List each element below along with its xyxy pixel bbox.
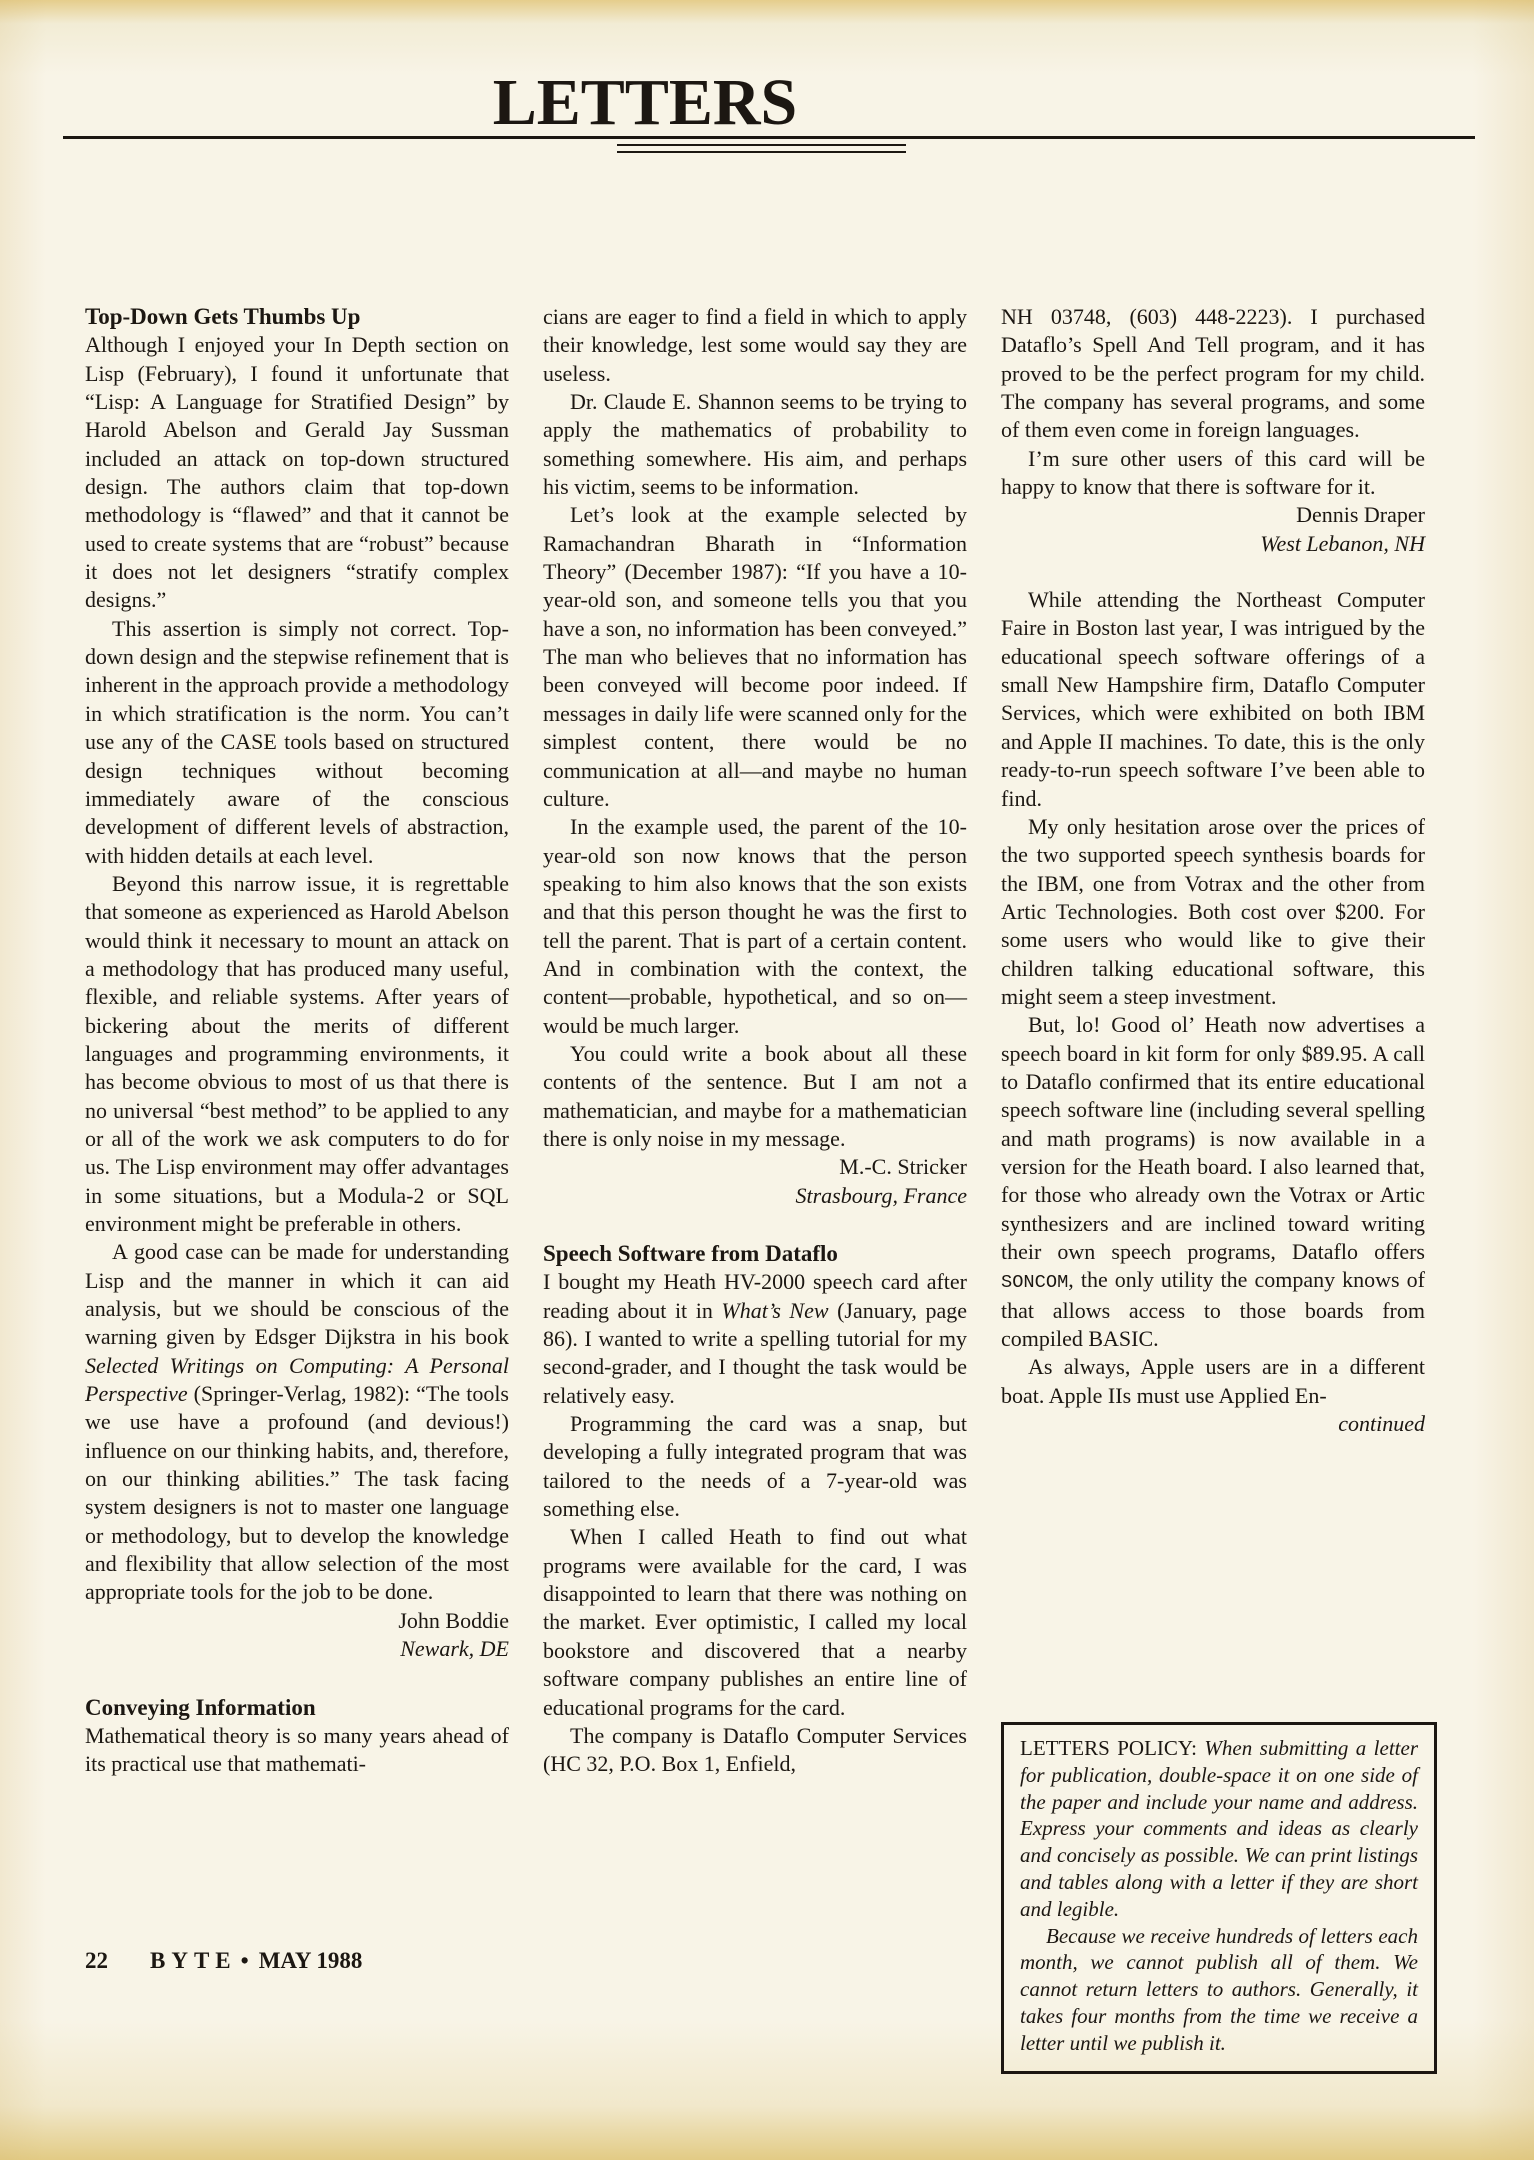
masthead-rule — [63, 136, 1475, 139]
signature-place: Strasbourg, France — [543, 1182, 967, 1210]
signature-name: John Boddie — [85, 1607, 509, 1635]
paragraph: I bought my Heath HV-2000 speech card af… — [543, 1268, 967, 1410]
paragraph: My only hesitation arose over the prices… — [1001, 813, 1425, 1011]
letter-heading: Top-Down Gets Thumbs Up — [85, 303, 509, 331]
paragraph: Let’s look at the example selected by Ra… — [543, 501, 967, 813]
paragraph: Programming the card was a snap, but dev… — [543, 1410, 967, 1523]
continued-marker: continued — [1001, 1410, 1425, 1438]
issue-date: MAY 1988 — [259, 1948, 363, 1973]
signature-place: Newark, DE — [85, 1635, 509, 1663]
paragraph: The company is Dataflo Computer Services… — [543, 1722, 967, 1779]
letters-policy-box: LETTERS POLICY: When submitting a letter… — [1001, 1722, 1437, 2074]
paragraph: In the example used, the parent of the 1… — [543, 813, 967, 1040]
paragraph: But, lo! Good ol’ Heath now advertises a… — [1001, 1011, 1425, 1353]
paragraph: You could write a book about all these c… — [543, 1040, 967, 1153]
masthead-double-rule — [617, 144, 906, 153]
paragraph-text: A good case can be made for understandin… — [85, 1239, 509, 1349]
paragraph: A good case can be made for understandin… — [85, 1238, 509, 1606]
paragraph-text: (Springer-Verlag, 1982): “The tools we u… — [85, 1381, 509, 1604]
magazine-name: BYTE — [150, 1948, 237, 1973]
magazine-page: LETTERS Top-Down Gets Thumbs Up Although… — [0, 0, 1534, 2160]
paragraph: Although I enjoyed your In Depth section… — [85, 331, 509, 614]
paragraph: As always, Apple users are in a differen… — [1001, 1353, 1425, 1410]
letter-heading: Conveying Information — [85, 1694, 509, 1722]
paragraph: cians are eager to find a field in which… — [543, 303, 967, 388]
signature-name: M.-C. Stricker — [543, 1153, 967, 1181]
paragraph: NH 03748, (603) 448-2223). I purchased D… — [1001, 303, 1425, 445]
signature: M.-C. Stricker Strasbourg, France — [543, 1153, 967, 1210]
signature: Dennis Draper West Lebanon, NH — [1001, 501, 1425, 558]
column-reference: What’s New — [721, 1298, 828, 1323]
paragraph-text: But, lo! Good ol’ Heath now advertises a… — [1001, 1012, 1425, 1264]
page-title: LETTERS — [493, 70, 797, 136]
product-name-code: SONCOM — [1001, 1271, 1068, 1293]
bullet-separator: • — [241, 1948, 249, 1973]
page-footer: 22BYTE•MAY 1988 — [85, 1948, 362, 1974]
policy-paragraph: LETTERS POLICY: When submitting a letter… — [1020, 1735, 1418, 1923]
paragraph: This assertion is simply not correct. To… — [85, 615, 509, 870]
policy-label: LETTERS POLICY: — [1020, 1736, 1197, 1760]
signature-name: Dennis Draper — [1001, 501, 1425, 529]
paragraph: I’m sure other users of this card will b… — [1001, 445, 1425, 502]
paragraph: When I called Heath to find out what pro… — [543, 1523, 967, 1721]
signature: John Boddie Newark, DE — [85, 1607, 509, 1664]
page-number: 22 — [85, 1948, 108, 1973]
paragraph: Beyond this narrow issue, it is regretta… — [85, 870, 509, 1238]
column-2: cians are eager to find a field in which… — [543, 303, 967, 1779]
column-3: NH 03748, (603) 448-2223). I purchased D… — [1001, 303, 1425, 1438]
policy-text: When submitting a letter for publication… — [1020, 1736, 1418, 1921]
column-1: Top-Down Gets Thumbs Up Although I enjoy… — [85, 303, 509, 1779]
signature-place: West Lebanon, NH — [1001, 530, 1425, 558]
policy-paragraph: Because we receive hundreds of letters e… — [1020, 1923, 1418, 2057]
paragraph: Mathematical theory is so many years ahe… — [85, 1722, 509, 1779]
letter-heading: Speech Software from Dataflo — [543, 1240, 967, 1268]
paragraph: Dr. Claude E. Shannon seems to be trying… — [543, 388, 967, 501]
paragraph: While attending the Northeast Computer F… — [1001, 586, 1425, 813]
